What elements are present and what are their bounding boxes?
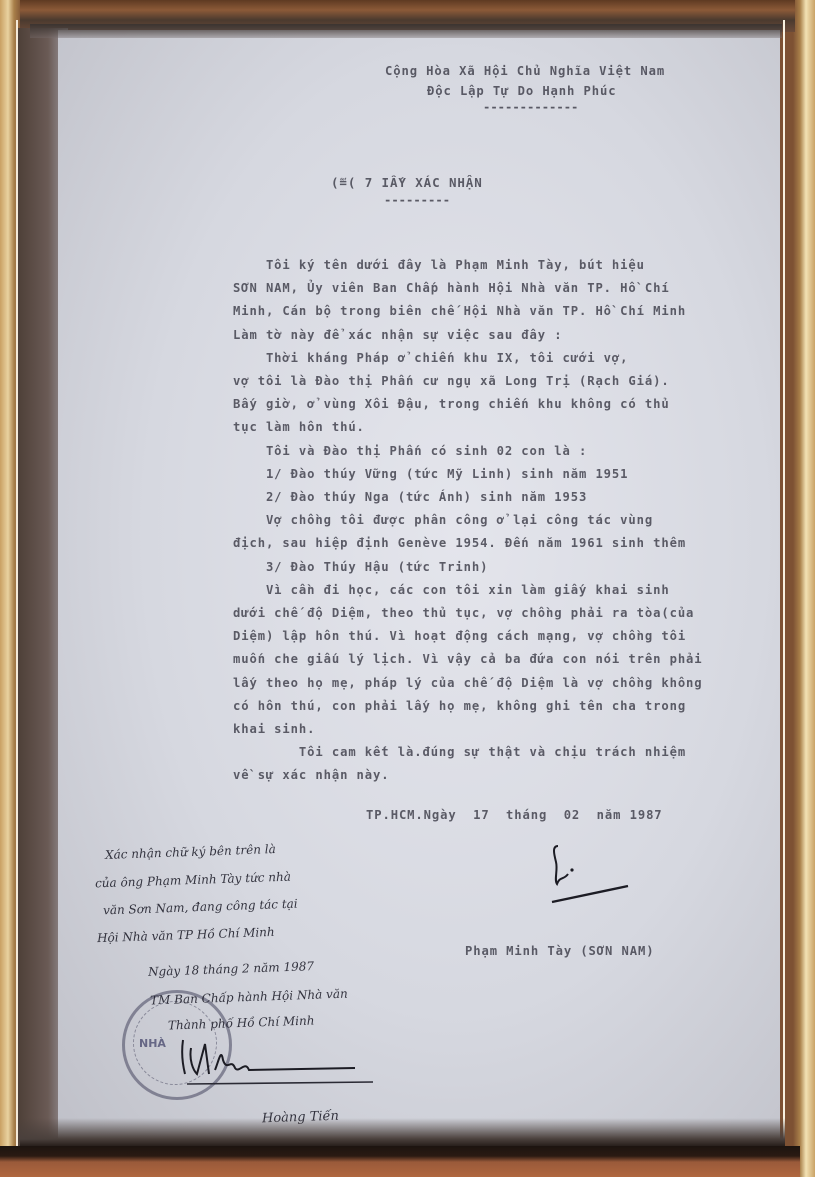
frame-inner-line-right — [783, 20, 785, 1170]
body-line: khai sinh. — [233, 722, 315, 736]
body-line: 1/ Đào thúy Vững (tức Mỹ Linh) sinh năm … — [233, 467, 628, 481]
stamp-text: NHÀ — [139, 1037, 166, 1050]
body-line: Minh, Cán bộ trong biên chế Hội Nhà văn … — [233, 304, 686, 318]
title-rule: --------- — [384, 193, 450, 207]
body-line: Tôi và Đào thị Phấn có sinh 02 con là : — [233, 444, 587, 458]
frame-shadow-top — [30, 24, 782, 38]
body-line: Vì cần đi học, các con tôi xin làm giấy … — [233, 583, 670, 597]
frame-shadow-bottom — [20, 1118, 785, 1148]
date-line: TP.HCM.Ngày 17 tháng 02 năm 1987 — [366, 808, 663, 822]
frame-bottom-edge — [0, 1146, 800, 1177]
body-line: muốn che giấu lý lịch. Vì vậy cả ba đứa … — [233, 652, 703, 666]
body-line: Tôi cam kết là.đúng sự thật và chịu trác… — [233, 745, 686, 759]
author-signature — [548, 840, 638, 910]
body-line: có hôn thú, con phải lấy họ mẹ, không gh… — [233, 699, 686, 713]
header-rule: ------------- — [483, 100, 578, 114]
body-line: Bấy giờ, ở vùng Xôi Đậu, trong chiến khu… — [233, 397, 670, 411]
signer-name: Phạm Minh Tày (SƠN NAM) — [465, 944, 654, 958]
body-line: 2/ Đào thúy Nga (tức Ánh) sinh năm 1953 — [233, 490, 587, 504]
countersignature — [175, 1030, 375, 1090]
document-title: (≝( 7 IẤY XÁC NHẬN — [331, 175, 483, 190]
body-line: dưới chế độ Diệm, theo thủ tục, vợ chồng… — [233, 606, 694, 620]
body-line: 3/ Đào Thúy Hậu (tức Trinh) — [233, 560, 488, 574]
body-line: lấy theo họ mẹ, pháp lý của chế độ Diệm … — [233, 676, 703, 690]
national-header-line1: Cộng Hòa Xã Hội Chủ Nghĩa Việt Nam — [385, 64, 665, 78]
body-line: Diệm) lập hôn thú. Vì hoạt động cách mạn… — [233, 629, 686, 643]
body-line: địch, sau hiệp định Genève 1954. Đến năm… — [233, 536, 686, 550]
body-line: về sự xác nhận này. — [233, 768, 390, 782]
body-line: Làm tờ này để xác nhận sự việc sau đây : — [233, 328, 563, 342]
body-line: Tôi ký tên dưới đây là Phạm Minh Tày, bú… — [233, 258, 645, 272]
body-line: SƠN NAM, Ủy viên Ban Chấp hành Hội Nhà v… — [233, 281, 670, 295]
national-header-line2: Độc Lập Tự Do Hạnh Phúc — [427, 84, 616, 98]
body-line: Thời kháng Pháp ở chiến khu IX, tôi cưới… — [233, 351, 628, 365]
body-line: tục làm hôn thú. — [233, 420, 365, 434]
body-line: Vợ chồng tôi được phân công ở lại công t… — [233, 513, 653, 527]
body-line: vợ tôi là Đào thị Phấn cư ngụ xã Long Tr… — [233, 374, 670, 388]
